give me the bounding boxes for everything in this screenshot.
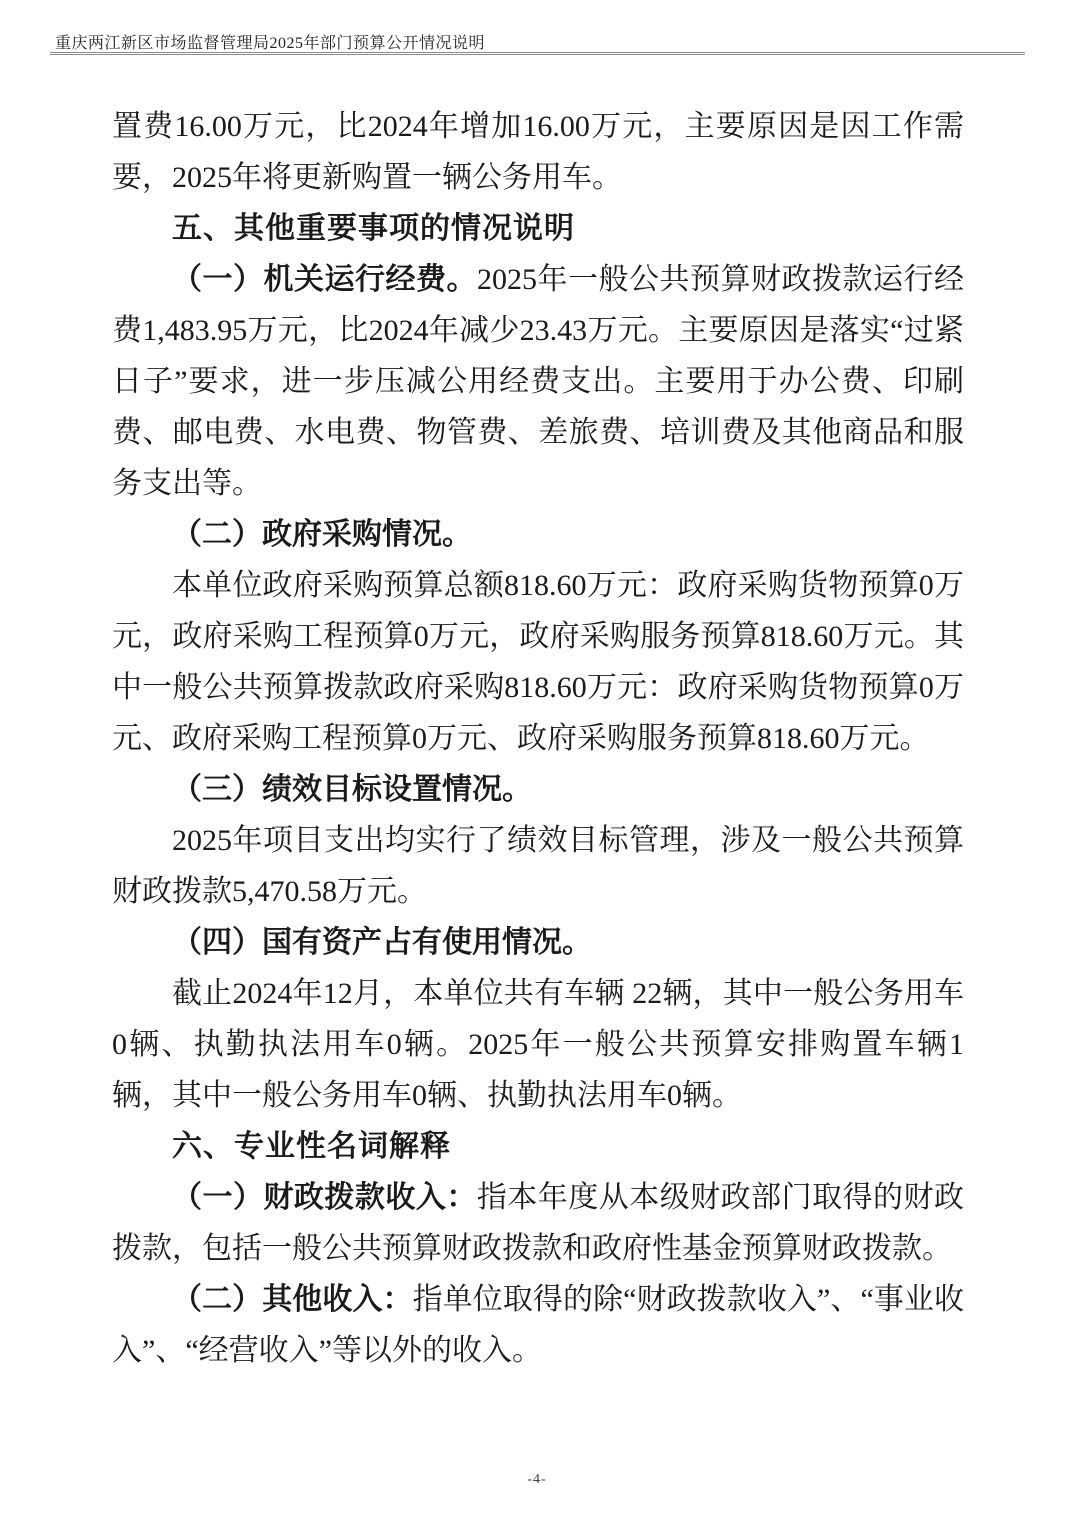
heading-performance-targets: （三）绩效目标设置情况。 [112,764,964,815]
heading-section-5: 五、其他重要事项的情况说明 [112,203,964,254]
document-page: 重庆两江新区市场监督管理局2025年部门预算公开情况说明 置费16.00万元，比… [0,0,1074,1520]
heading-text: 五、其他重要事项的情况说明 [172,212,575,245]
paragraph-lead: （二）其他收入： [172,1283,413,1316]
heading-section-6: 六、专业性名词解释 [112,1121,964,1172]
page-header-title: 重庆两江新区市场监督管理局2025年部门预算公开情况说明 [55,30,485,53]
paragraph-performance-targets: 2025年项目支出均实行了绩效目标管理，涉及一般公共预算财政拨款5,470.58… [112,815,964,917]
paragraph-vehicle-purchase-continuation: 置费16.00万元，比2024年增加16.00万元，主要原因是因工作需要，202… [112,101,964,203]
paragraph-text: 2025年一般公共预算财政拨款运行经费1,483.95万元，比2024年减少23… [112,263,964,500]
heading-text: 六、专业性名词解释 [172,1130,451,1163]
paragraph-text: 置费16.00万元，比2024年增加16.00万元，主要原因是因工作需要，202… [112,110,964,194]
paragraph-state-assets: 截止2024年12月，本单位共有车辆 22辆，其中一般公务用车0辆、执勤执法用车… [112,968,964,1121]
heading-gov-procurement: （二）政府采购情况。 [112,509,964,560]
paragraph-text: 截止2024年12月，本单位共有车辆 22辆，其中一般公务用车0辆、执勤执法用车… [112,977,964,1112]
paragraph-text: 本单位政府采购预算总额818.60万元：政府采购货物预算0万元，政府采购工程预算… [112,569,964,755]
heading-state-assets: （四）国有资产占有使用情况。 [112,917,964,968]
heading-text: （三）绩效目标设置情况。 [172,773,532,806]
paragraph-lead: （一）机关运行经费。 [172,263,477,296]
heading-text: （二）政府采购情况。 [172,518,472,551]
paragraph-agency-operating-expenses: （一）机关运行经费。2025年一般公共预算财政拨款运行经费1,483.95万元，… [112,254,964,509]
paragraph-text: 2025年项目支出均实行了绩效目标管理，涉及一般公共预算财政拨款5,470.58… [112,824,964,908]
document-body: 置费16.00万元，比2024年增加16.00万元，主要原因是因工作需要，202… [112,101,964,1376]
paragraph-fiscal-appropriation-income: （一）财政拨款收入：指本年度从本级财政部门取得的财政拨款，包括一般公共预算财政拨… [112,1172,964,1274]
paragraph-other-income: （二）其他收入：指单位取得的除“财政拨款收入”、“事业收入”、“经营收入”等以外… [112,1274,964,1376]
page-number: -4- [0,1472,1074,1488]
heading-text: （四）国有资产占有使用情况。 [172,926,592,959]
header-rule [50,52,1025,55]
paragraph-lead: （一）财政拨款收入： [172,1181,477,1214]
paragraph-gov-procurement-details: 本单位政府采购预算总额818.60万元：政府采购货物预算0万元，政府采购工程预算… [112,560,964,764]
